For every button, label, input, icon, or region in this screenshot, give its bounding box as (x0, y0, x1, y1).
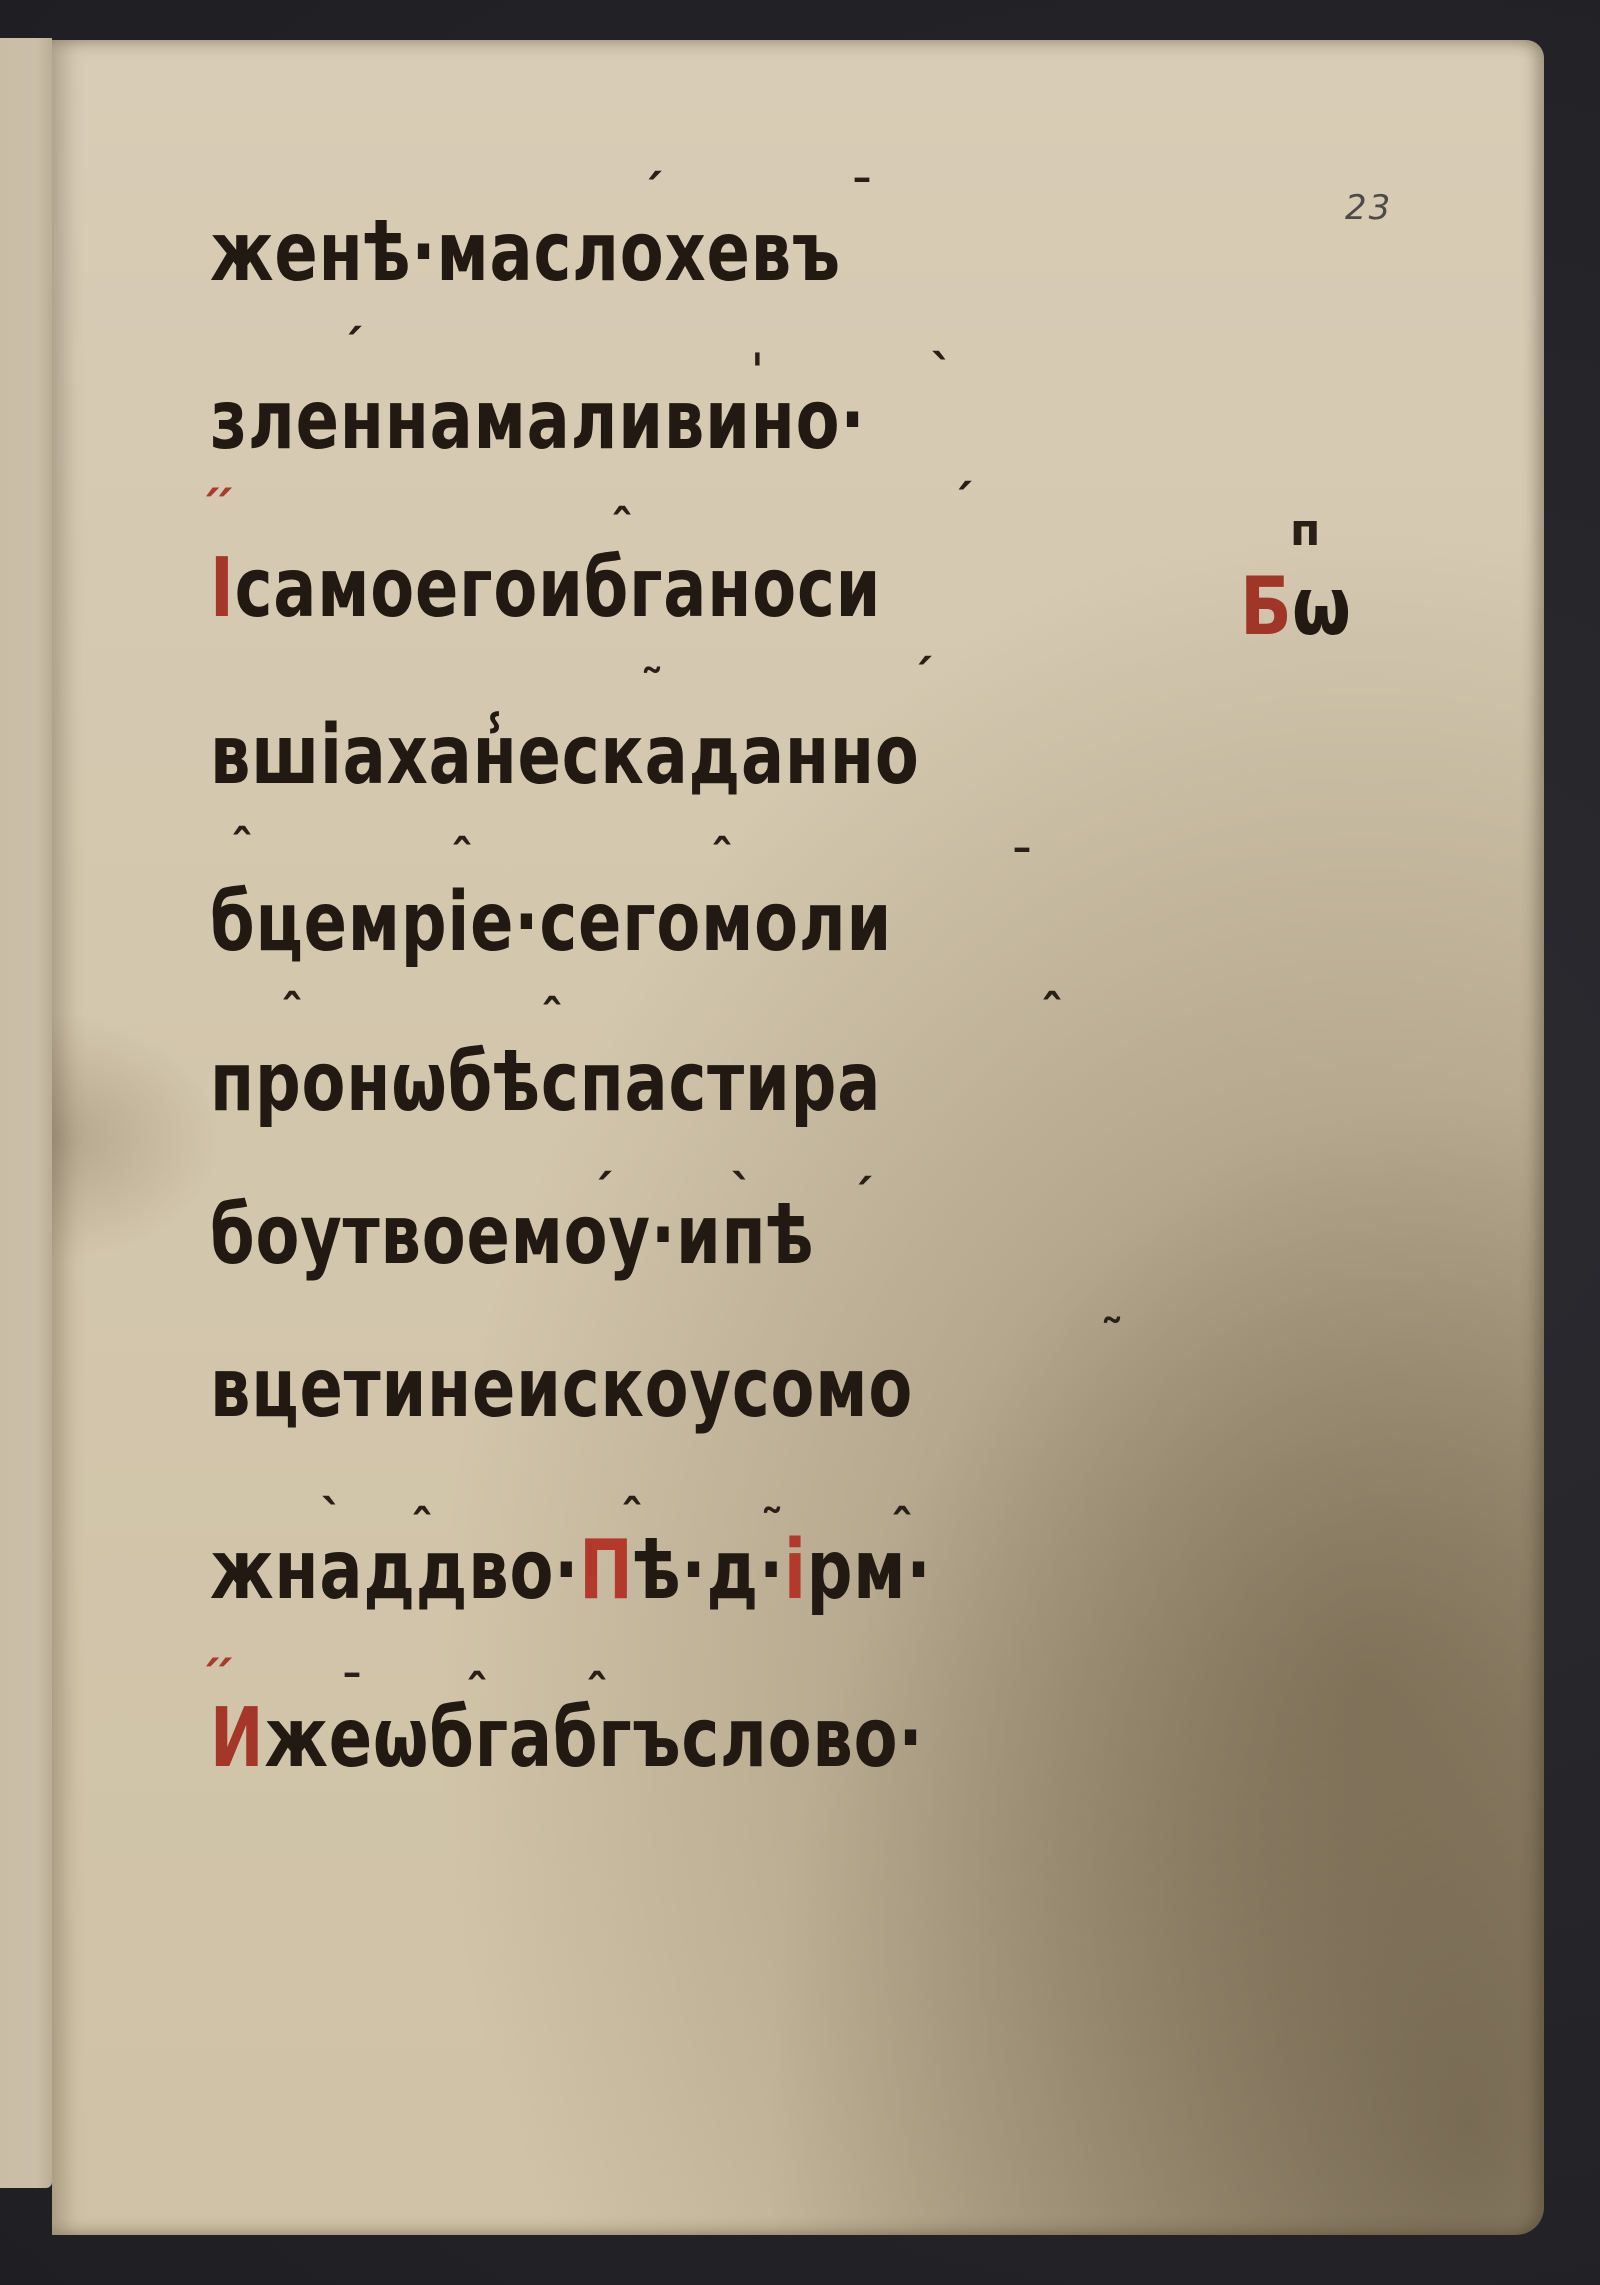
marginal-red-letter: Б (1240, 560, 1292, 653)
text-line-6: пронѡбѣспастира (210, 1042, 881, 1124)
adjacent-page-edge (0, 38, 52, 2188)
text-line-8: вцетинеискоусомо (210, 1348, 913, 1430)
diacritic-mark: ˆ (280, 985, 304, 1041)
text-line-3: Ісамоегоибганоси (210, 548, 881, 630)
line-text: вшіахан̾ескаданно (210, 708, 920, 803)
diacritic-mark: ˜ (1100, 1310, 1124, 1366)
line-text: вцетинеискоусомо (210, 1341, 913, 1436)
text-line-1: женѣ·маслохевъ (210, 212, 841, 294)
line-text-continued: рм· (807, 1523, 932, 1618)
marginal-superscript: п (1290, 505, 1320, 556)
red-diacritic-mark: ״ (202, 1640, 236, 1696)
rubric-letter: П (579, 1523, 633, 1618)
diacritic-mark: ˋ (930, 345, 954, 401)
page-number: 23 (1345, 188, 1392, 228)
diacritic-mark: ˊ (850, 1170, 874, 1226)
text-line-9: жнаддво·Пѣ·д·ірм· (210, 1530, 931, 1612)
diacritic-mark: ˉ (850, 170, 874, 226)
red-diacritic-mark: ״ (202, 470, 236, 526)
line-text: самоегоибганоси (235, 541, 882, 636)
line-text: бцемріе·сегомоли (210, 875, 892, 970)
diacritic-mark: ˊ (340, 320, 364, 376)
diacritic-mark: ˆ (1040, 985, 1064, 1041)
line-text: боутвоемоу·ипѣ (210, 1188, 814, 1283)
line-text-continued: ѣ·д· (634, 1523, 784, 1618)
line-text: женѣ·маслохевъ (210, 205, 841, 300)
line-text: пронѡбѣспастира (210, 1035, 881, 1130)
red-initial-letter: И (210, 1691, 264, 1786)
text-line-10: Ижеѡбгабгъслово· (210, 1698, 923, 1780)
rubric-letter: і (784, 1523, 807, 1618)
diacritic-mark: ˊ (950, 475, 974, 531)
text-line-7: боутвоемоу·ипѣ (210, 1195, 814, 1277)
diacritic-mark: ˉ (1010, 840, 1034, 896)
line-text: жнаддво· (210, 1523, 579, 1618)
diacritic-mark: ˆ (230, 820, 254, 876)
text-line-2: зленнамаливино· (210, 380, 865, 462)
diacritic-mark: ˊ (910, 650, 934, 706)
line-text: жеѡбгабгъслово· (264, 1691, 923, 1786)
red-initial-letter: І (210, 541, 235, 636)
marginal-black-letter: ѡ (1292, 560, 1351, 653)
text-block: ˊ ˉ ˊ ˈ ˋ ״ ˆ ˊ ˜ ˊ ˆ ˆ ˆ ˉ ˆ ˆ ˆ ˊ ˋ ˊ … (210, 0, 1210, 2285)
line-text: зленнамаливино· (210, 373, 865, 468)
marginal-note: Бѡ (1240, 560, 1351, 653)
text-line-5: бцемріе·сегомоли (210, 882, 892, 964)
text-line-4: вшіахан̾ескаданно (210, 715, 920, 797)
